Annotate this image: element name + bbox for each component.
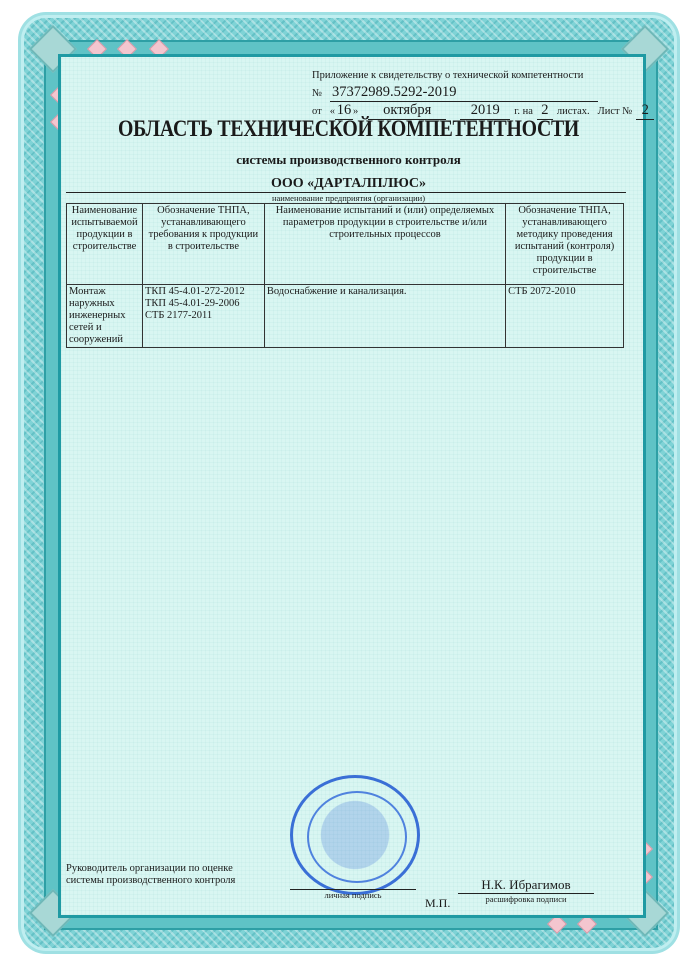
table-row: Монтаж наружных инженерных сетей и соору… [67, 285, 624, 348]
name-caption: расшифровка подписи [458, 894, 594, 904]
organization-name: ООО «ДАРТАЛПЛЮС» [0, 176, 697, 192]
cell-method: СТБ 2072-2010 [506, 285, 624, 348]
header-method: Обозначение ТНПА, устанавливающего метод… [506, 204, 624, 285]
requirement-item: СТБ 2177-2011 [145, 310, 262, 322]
document-subtitle: системы производственного контроля [0, 152, 697, 168]
requirement-item: ТКП 45-4.01-29-2006 [145, 298, 262, 310]
cell-requirements: ТКП 45-4.01-272-2012 ТКП 45-4.01-29-2006… [142, 285, 264, 348]
certificate-number-line: № 37372989.5292-2019 [312, 83, 598, 102]
requirement-item: ТКП 45-4.01-272-2012 [145, 286, 262, 298]
cell-tests: Водоснабжение и канализация. [264, 285, 505, 348]
signer-name: Н.К. Ибрагимов [458, 877, 594, 894]
annex-label: Приложение к свидетельству о технической… [312, 70, 583, 81]
competence-table: Наименование испытываемой продукции в ст… [66, 203, 624, 348]
cell-product: Монтаж наружных инженерных сетей и соору… [67, 285, 143, 348]
number-prefix: № [312, 88, 322, 99]
signer-role: Руководитель организации по оценке систе… [66, 863, 235, 887]
header-tests: Наименование испытаний и (или) определяе… [264, 204, 505, 285]
table-header-row: Наименование испытываемой продукции в ст… [67, 204, 624, 285]
official-stamp: МІНІСТЭРСТВА АРХІТЭКТУРЫ І БУДАЎНІЦТВА Р… [290, 775, 420, 895]
header-requirements: Обозначение ТНПА, устанавливающего требо… [142, 204, 264, 285]
stamp-emblem-icon [307, 791, 407, 883]
header-product: Наименование испытываемой продукции в ст… [67, 204, 143, 285]
signature-caption: личная подпись [290, 890, 416, 900]
organization-caption: наименование предприятия (организации) [0, 193, 697, 203]
document-title: ОБЛАСТЬ ТЕХНИЧЕСКОЙ КОМПЕТЕНТНОСТИ [49, 116, 648, 142]
seal-label: М.П. [425, 896, 450, 911]
certificate-number: 37372989.5292-2019 [330, 84, 598, 102]
